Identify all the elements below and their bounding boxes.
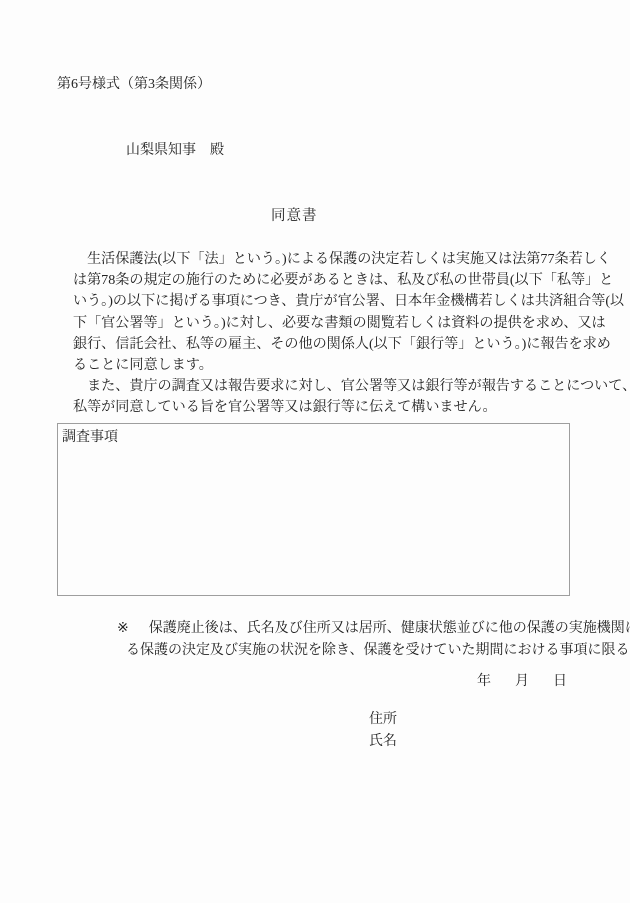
body-line: ることに同意します。 [73,355,573,376]
addressee-line: 山梨県知事 殿 [126,140,224,161]
survey-items-box[interactable]: 調査事項 [57,423,570,596]
body-line: また、貴庁の調査又は報告要求に対し、官公署等又は銀行等が報告することについて、 [73,376,573,397]
date-year-label: 年 [477,671,491,692]
address-label: 住所 [369,709,397,730]
note-line-2: る保護の決定及び実施の状況を除き、保護を受けていた期間における事項に限る。 [117,640,587,662]
body-line: 銀行、信託会社、私等の雇主、その他の関係人(以下「銀行等」という。)に報告を求め [73,334,573,355]
form-number: 第6号様式（第3条関係） [57,74,211,95]
restriction-note: ※保護廃止後は、氏名及び住所又は居所、健康状態並びに他の保護の実施機関におけ る… [117,618,587,662]
consent-body: 生活保護法(以下「法」という。)による保護の決定若しくは実施又は法第77条若しく… [73,249,573,419]
body-line: 下「官公署等」という。)に対し、必要な書類の閲覧若しくは資料の提供を求め、又は [73,313,573,334]
note-text-1: 保護廃止後は、氏名及び住所又は居所、健康状態並びに他の保護の実施機関におけ [149,621,630,636]
date-day-label: 日 [553,671,567,692]
date-line: 年 月 日 [477,671,567,692]
note-marker: ※ [117,618,129,640]
body-line: いう。)の以下に掲げる事項につき、貴庁が官公署、日本年金機構若しくは共済組合等(… [73,291,573,312]
survey-box-label: 調査事項 [62,427,118,448]
date-month-label: 月 [515,671,529,692]
document-page: 第6号様式（第3条関係） 山梨県知事 殿 同意書 生活保護法(以下「法」という。… [0,0,630,903]
note-line-1: ※保護廃止後は、氏名及び住所又は居所、健康状態並びに他の保護の実施機関におけ [117,618,587,640]
name-label: 氏名 [369,731,397,752]
body-line: 私等が同意している旨を官公署等又は銀行等に伝えて構いません。 [73,397,573,418]
document-title: 同意書 [271,206,318,228]
body-line: 生活保護法(以下「法」という。)による保護の決定若しくは実施又は法第77条若しく [73,249,573,270]
body-line: は第78条の規定の施行のために必要があるときは、私及び私の世帯員(以下「私等」と [73,270,573,291]
